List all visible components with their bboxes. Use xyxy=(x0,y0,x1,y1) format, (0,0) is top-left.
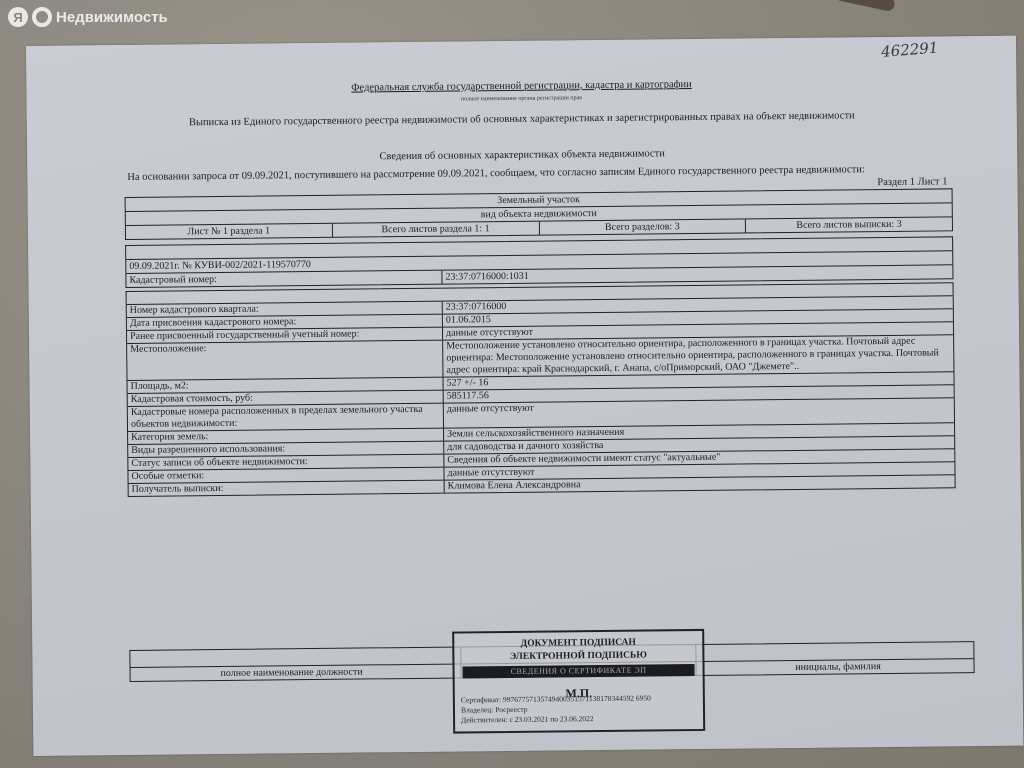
watermark: Я Недвижимость xyxy=(8,7,168,27)
handwritten-number: 462291 xyxy=(880,38,939,61)
pen-object xyxy=(834,0,896,12)
cadastral-value: 23:37:0716000:1031 xyxy=(442,270,531,284)
detail-label: Кадастровые номера расположенных в преде… xyxy=(128,404,444,431)
sheet-info-cell: Всего листов выписки: 3 xyxy=(746,217,952,232)
initials-caption: инициалы, фамилия xyxy=(702,660,973,674)
sheet-info-cell: Всего листов раздела 1: 1 xyxy=(333,222,540,237)
stamp-line1: ДОКУМЕНТ ПОДПИСАН xyxy=(454,637,702,650)
stamp-certificate: Сертификат: 9976775713574940035157113817… xyxy=(461,693,651,705)
position-caption: полное наименование должности xyxy=(131,666,453,680)
sheet-info-cell: Всего разделов: 3 xyxy=(539,219,746,234)
request-number: 09.09.2021г. № КУВИ-002/2021-119570770 xyxy=(126,258,314,273)
id-table: 09.09.2021г. № КУВИ-002/2021-119570770 К… xyxy=(125,236,953,288)
document-sheet: 462291 Федеральная служба государственно… xyxy=(26,36,1023,756)
section-ref: Раздел 1 Лист 1 xyxy=(877,176,947,188)
e-signature-stamp: ДОКУМЕНТ ПОДПИСАН ЭЛЕКТРОННОЙ ПОДПИСЬЮ С… xyxy=(452,629,705,734)
detail-label: Получатель выписки: xyxy=(129,481,445,496)
section-title: Сведения об основных характеристиках объ… xyxy=(27,145,1017,166)
realty-logo-icon xyxy=(32,7,52,27)
details-table: Номер кадастрового квартала:23:37:071600… xyxy=(126,282,956,497)
cadastral-label: Кадастровый номер: xyxy=(126,271,442,287)
stamp-line2: ЭЛЕКТРОННОЙ ПОДПИСЬЮ xyxy=(454,650,702,663)
header-table: Земельный участок вид объекта недвижимос… xyxy=(125,188,953,240)
detail-label: Местоположение: xyxy=(127,341,443,380)
request-line: На основании запроса от 09.09.2021, пост… xyxy=(127,164,865,183)
sheet-info-cell: Лист № 1 раздела 1 xyxy=(126,224,333,239)
stamp-bar: СВЕДЕНИЯ О СЕРТИФИКАТЕ ЭП xyxy=(463,664,695,678)
watermark-brand: Недвижимость xyxy=(56,9,168,26)
yandex-logo-icon: Я xyxy=(8,7,28,27)
stamp-info: Сертификат: 9976775713574940035157113817… xyxy=(461,693,651,725)
stamp-valid: Действителен: с 23.03.2021 по 23.06.2022 xyxy=(461,713,651,725)
document-title: Выписка из Единого государственного реес… xyxy=(27,109,1017,130)
detail-value: Местоположение установлено относительно … xyxy=(443,335,953,376)
